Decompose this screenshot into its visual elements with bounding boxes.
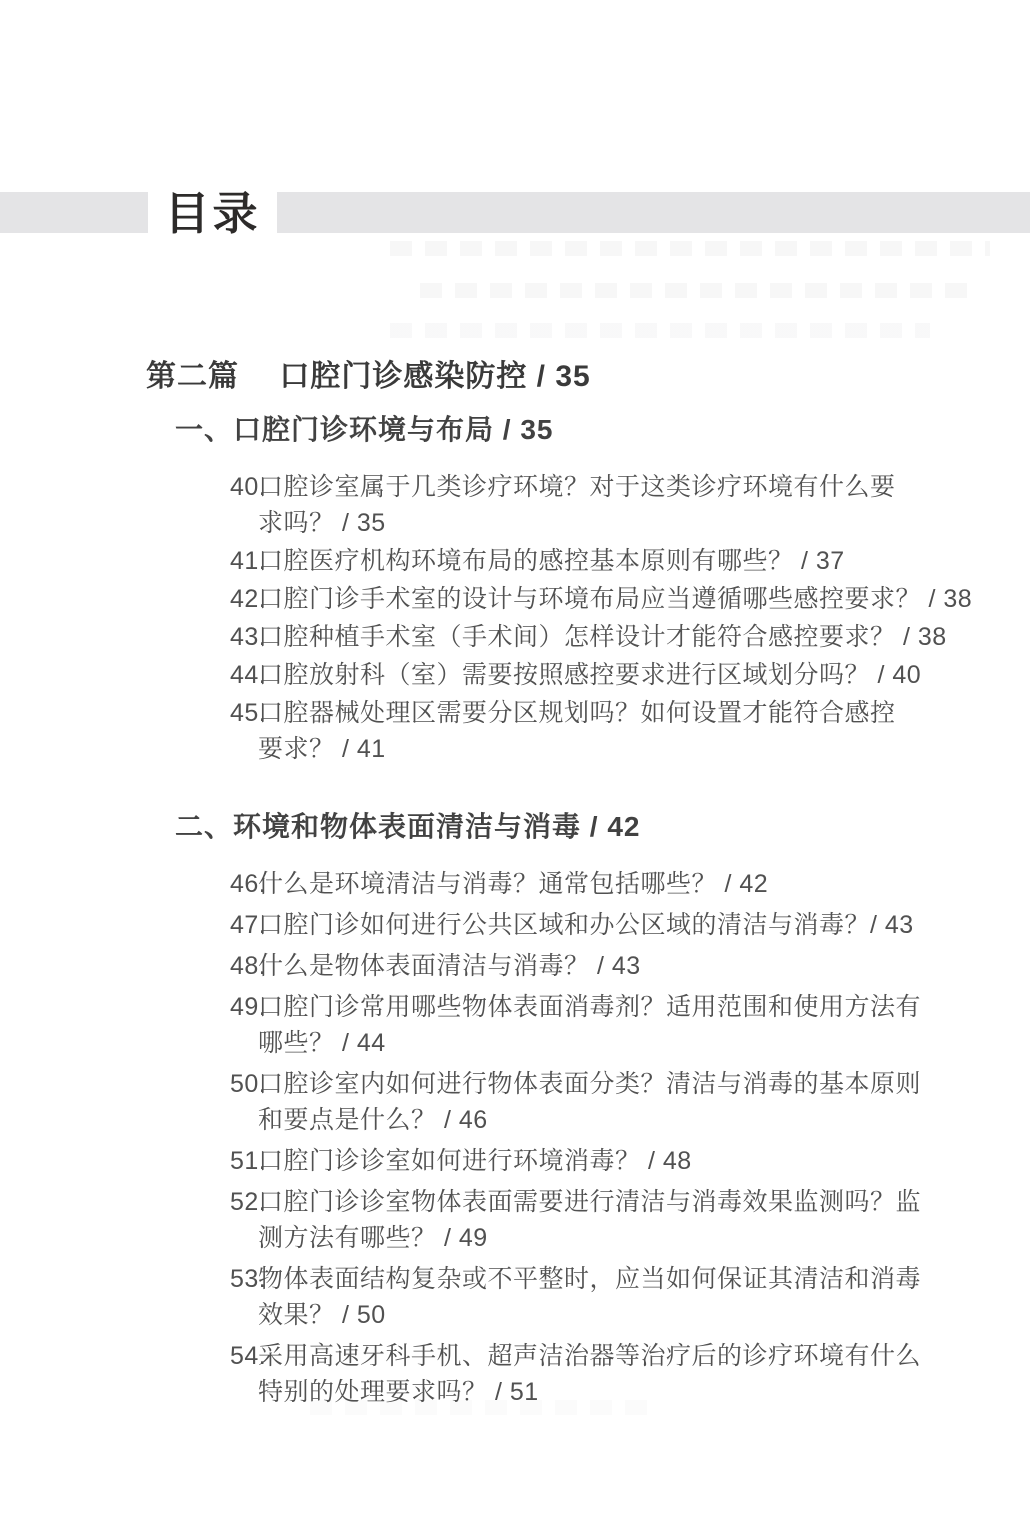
header-bar-right — [277, 192, 1030, 233]
toc-entry-line: 口腔门诊常用哪些物体表面消毒剂？适用范围和使用方法有 — [258, 989, 938, 1025]
toc-entry-line: 特别的处理要求吗？ / 51 — [258, 1374, 938, 1410]
toc-entry-line: 口腔放射科（室）需要按照感控要求进行区域划分吗？ / 40 — [258, 657, 938, 693]
toc-entry-text: 口腔门诊诊室如何进行环境消毒？ / 48 — [258, 1143, 938, 1179]
toc-entry: 43. 口腔种植手术室（手术间）怎样设计才能符合感控要求？ / 38 — [230, 619, 1030, 655]
toc-entry-text: 口腔门诊手术室的设计与环境布局应当遵循哪些感控要求？ / 38 — [258, 581, 938, 617]
toc-entry-number: 43. — [230, 619, 258, 655]
section-heading: 一、口腔门诊环境与布局 / 35 — [175, 411, 1030, 448]
toc-entry: 47. 口腔门诊如何进行公共区域和办公区域的清洁与消毒？/ 43 — [230, 907, 1030, 943]
toc-entry-line: 效果？ / 50 — [258, 1297, 938, 1333]
toc-entry-text: 口腔诊室属于几类诊疗环境？对于这类诊疗环境有什么要 求吗？ / 35 — [258, 469, 938, 541]
toc-entry-number: 47. — [230, 907, 258, 943]
toc-entry: 50. 口腔诊室内如何进行物体表面分类？清洁与消毒的基本原则 和要点是什么？ /… — [230, 1066, 1030, 1138]
toc-entry-line: 口腔门诊手术室的设计与环境布局应当遵循哪些感控要求？ / 38 — [258, 581, 938, 617]
toc-entry-number: 50. — [230, 1066, 258, 1102]
page-showthrough — [390, 323, 930, 338]
toc-entry-number: 53. — [230, 1261, 258, 1297]
toc-entry-text: 采用高速牙科手机、超声洁治器等治疗后的诊疗环境有什么 特别的处理要求吗？ / 5… — [258, 1338, 938, 1410]
toc-entry-text: 口腔门诊诊室物体表面需要进行清洁与消毒效果监测吗？监 测方法有哪些？ / 49 — [258, 1184, 938, 1256]
book-page: 目录 第二篇 口腔门诊感染防控 / 35 一、口腔门诊环境与布局 / 35 40… — [0, 0, 1030, 1536]
page-showthrough — [420, 283, 980, 298]
toc-entry-line: 要求？ / 41 — [258, 731, 938, 767]
toc-entry-text: 口腔门诊如何进行公共区域和办公区域的清洁与消毒？/ 43 — [258, 907, 938, 943]
toc-entry: 53. 物体表面结构复杂或不平整时，应当如何保证其清洁和消毒 效果？ / 50 — [230, 1261, 1030, 1333]
toc-entry-line: 口腔诊室内如何进行物体表面分类？清洁与消毒的基本原则 — [258, 1066, 938, 1102]
toc-entry-line: 什么是物体表面清洁与消毒？ / 43 — [258, 948, 938, 984]
section-heading: 二、环境和物体表面清洁与消毒 / 42 — [175, 808, 1030, 845]
page-title: 目录 — [148, 188, 277, 244]
toc-entry-number: 40. — [230, 469, 258, 505]
part-heading: 第二篇 口腔门诊感染防控 / 35 — [146, 357, 1030, 396]
toc-entry-text: 口腔放射科（室）需要按照感控要求进行区域划分吗？ / 40 — [258, 657, 938, 693]
toc-entry-number: 49. — [230, 989, 258, 1025]
toc-entry-line: 物体表面结构复杂或不平整时，应当如何保证其清洁和消毒 — [258, 1261, 938, 1297]
toc-entry-line: 口腔门诊诊室如何进行环境消毒？ / 48 — [258, 1143, 938, 1179]
toc-entry-line: 采用高速牙科手机、超声洁治器等治疗后的诊疗环境有什么 — [258, 1338, 938, 1374]
toc-entry-line: 什么是环境清洁与消毒？通常包括哪些？ / 42 — [258, 866, 938, 902]
toc-entry: 45. 口腔器械处理区需要分区规划吗？如何设置才能符合感控 要求？ / 41 — [230, 695, 1030, 767]
toc-entry: 42. 口腔门诊手术室的设计与环境布局应当遵循哪些感控要求？ / 38 — [230, 581, 1030, 617]
toc-entry-number: 42. — [230, 581, 258, 617]
toc-entry-text: 口腔种植手术室（手术间）怎样设计才能符合感控要求？ / 38 — [258, 619, 938, 655]
toc-entry-number: 44. — [230, 657, 258, 693]
toc-entry: 51. 口腔门诊诊室如何进行环境消毒？ / 48 — [230, 1143, 1030, 1179]
toc-entry: 49. 口腔门诊常用哪些物体表面消毒剂？适用范围和使用方法有 哪些？ / 44 — [230, 989, 1030, 1061]
toc-entry-line: 求吗？ / 35 — [258, 505, 938, 541]
toc-entry-number: 51. — [230, 1143, 258, 1179]
toc-section-1: 一、口腔门诊环境与布局 / 35 40. 口腔诊室属于几类诊疗环境？对于这类诊疗… — [0, 411, 1030, 767]
toc-entry-text: 什么是物体表面清洁与消毒？ / 43 — [258, 948, 938, 984]
toc-entry-line: 口腔种植手术室（手术间）怎样设计才能符合感控要求？ / 38 — [258, 619, 938, 655]
toc-entry-text: 口腔门诊常用哪些物体表面消毒剂？适用范围和使用方法有 哪些？ / 44 — [258, 989, 938, 1061]
toc-entry: 46. 什么是环境清洁与消毒？通常包括哪些？ / 42 — [230, 866, 1030, 902]
toc-entry: 40. 口腔诊室属于几类诊疗环境？对于这类诊疗环境有什么要 求吗？ / 35 — [230, 469, 1030, 541]
toc-entry: 41. 口腔医疗机构环境布局的感控基本原则有哪些？ / 37 — [230, 543, 1030, 579]
toc-entry-text: 口腔诊室内如何进行物体表面分类？清洁与消毒的基本原则 和要点是什么？ / 46 — [258, 1066, 938, 1138]
toc-entry-line: 口腔器械处理区需要分区规划吗？如何设置才能符合感控 — [258, 695, 938, 731]
toc-entry-text: 口腔医疗机构环境布局的感控基本原则有哪些？ / 37 — [258, 543, 938, 579]
toc-section-2: 二、环境和物体表面清洁与消毒 / 42 46. 什么是环境清洁与消毒？通常包括哪… — [0, 808, 1030, 1410]
toc-entry: 52. 口腔门诊诊室物体表面需要进行清洁与消毒效果监测吗？监 测方法有哪些？ /… — [230, 1184, 1030, 1256]
toc-content: 第二篇 口腔门诊感染防控 / 35 一、口腔门诊环境与布局 / 35 40. 口… — [0, 357, 1030, 1415]
toc-entry-line: 口腔门诊如何进行公共区域和办公区域的清洁与消毒？/ 43 — [258, 907, 938, 943]
toc-entry-line: 测方法有哪些？ / 49 — [258, 1220, 938, 1256]
toc-entry-line: 口腔诊室属于几类诊疗环境？对于这类诊疗环境有什么要 — [258, 469, 938, 505]
toc-entry-text: 什么是环境清洁与消毒？通常包括哪些？ / 42 — [258, 866, 938, 902]
toc-entry-number: 48. — [230, 948, 258, 984]
header-bar-left — [0, 192, 148, 233]
page-showthrough — [390, 241, 990, 256]
toc-entry-number: 46. — [230, 866, 258, 902]
toc-entry-number: 54. — [230, 1338, 258, 1374]
toc-entry: 44. 口腔放射科（室）需要按照感控要求进行区域划分吗？ / 40 — [230, 657, 1030, 693]
toc-entry-line: 哪些？ / 44 — [258, 1025, 938, 1061]
toc-entry: 54. 采用高速牙科手机、超声洁治器等治疗后的诊疗环境有什么 特别的处理要求吗？… — [230, 1338, 1030, 1410]
toc-entry-number: 45. — [230, 695, 258, 731]
toc-entry-line: 和要点是什么？ / 46 — [258, 1102, 938, 1138]
toc-entry-text: 物体表面结构复杂或不平整时，应当如何保证其清洁和消毒 效果？ / 50 — [258, 1261, 938, 1333]
toc-entry-number: 41. — [230, 543, 258, 579]
toc-entry-line: 口腔门诊诊室物体表面需要进行清洁与消毒效果监测吗？监 — [258, 1184, 938, 1220]
toc-entry: 48. 什么是物体表面清洁与消毒？ / 43 — [230, 948, 1030, 984]
toc-entry-line: 口腔医疗机构环境布局的感控基本原则有哪些？ / 37 — [258, 543, 938, 579]
toc-entry-text: 口腔器械处理区需要分区规划吗？如何设置才能符合感控 要求？ / 41 — [258, 695, 938, 767]
toc-entry-number: 52. — [230, 1184, 258, 1220]
